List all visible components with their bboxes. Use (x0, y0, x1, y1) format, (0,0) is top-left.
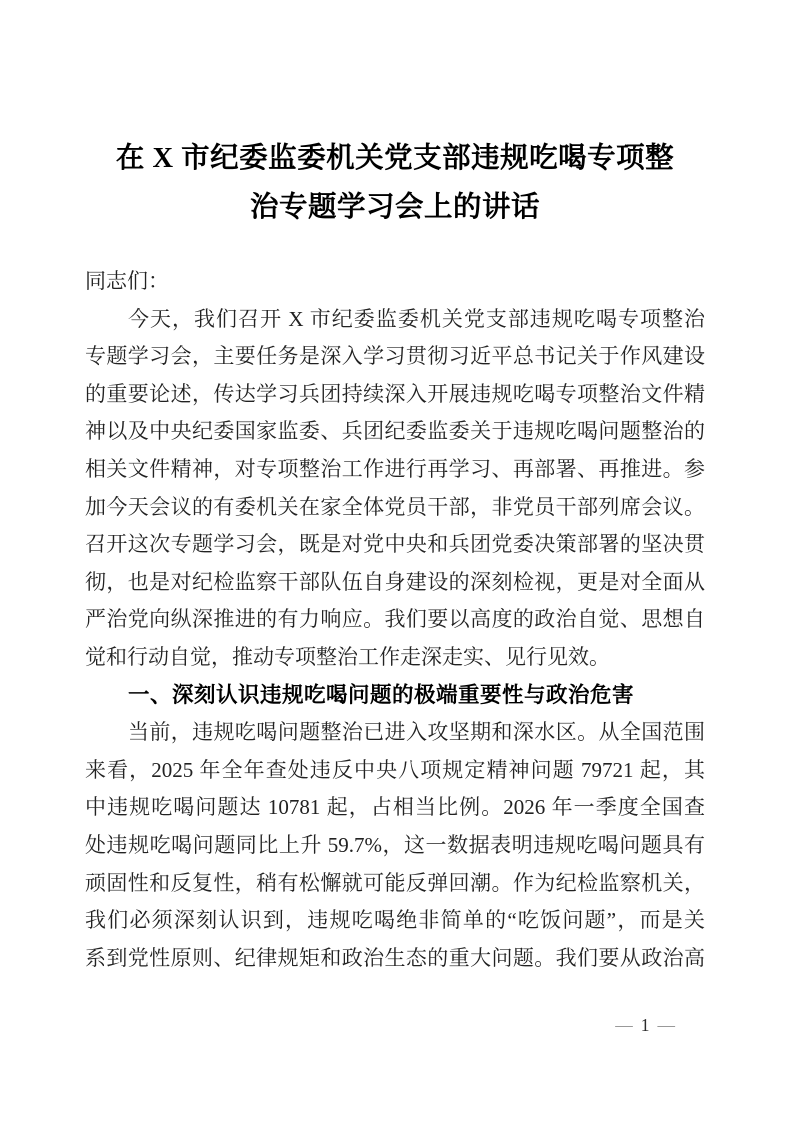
salutation-line: 同志们： (85, 263, 705, 301)
paragraph-line: 神以及中央纪委国家监委、兵团纪委监委关于违规吃喝问题整治的 (85, 413, 705, 451)
paragraph-line: 来看，2025 年全年查处违反中央八项规定精神问题 79721 起，其 (85, 752, 705, 790)
page-footer: —1— (85, 1014, 705, 1036)
document-page: 在 X 市纪委监委机关党支部违规吃喝专项整 治专题学习会上的讲话 同志们： 今天… (0, 0, 793, 1122)
paragraph-line: 顽固性和反复性，稍有松懈就可能反弹回潮。作为纪检监察机关， (85, 865, 705, 903)
paragraph-line: 召开这次专题学习会，既是对党中央和兵团党委决策部署的坚决贯 (85, 526, 705, 564)
paragraph-line: 严治党向纵深推进的有力响应。我们要以高度的政治自觉、思想自 (85, 601, 705, 639)
paragraph-line: 加今天会议的有委机关在家全体党员干部，非党员干部列席会议。 (85, 489, 705, 527)
paragraph-line: 系到党性原则、纪律规矩和政治生态的重大问题。我们要从政治高 (85, 940, 705, 978)
paragraph-line: 处违规吃喝问题同比上升 59.7%，这一数据表明违规吃喝问题具有 (85, 827, 705, 865)
footer-dash-right: — (658, 1015, 676, 1035)
document-body: 同志们： 今天，我们召开 X 市纪委监委机关党支部违规吃喝专项整治 专题学习会，… (85, 263, 705, 977)
paragraph-line: 今天，我们召开 X 市纪委监委机关党支部违规吃喝专项整治 (85, 301, 705, 339)
title-line-1: 在 X 市纪委监委机关党支部违规吃喝专项整 (85, 134, 705, 183)
paragraph-line: 专题学习会，主要任务是深入学习贯彻习近平总书记关于作风建设 (85, 338, 705, 376)
footer-dash-left: — (615, 1015, 633, 1035)
paragraph-line: 中违规吃喝问题达 10781 起，占相当比例。2026 年一季度全国查 (85, 789, 705, 827)
paragraph-line: 彻，也是对纪检监察干部队伍自身建设的深刻检视，更是对全面从 (85, 564, 705, 602)
section-heading: 一、深刻认识违规吃喝问题的极端重要性与政治危害 (85, 677, 705, 715)
paragraph-line: 当前，违规吃喝问题整治已进入攻坚期和深水区。从全国范围 (85, 714, 705, 752)
paragraph-line: 我们必须深刻认识到，违规吃喝绝非简单的“吃饭问题”，而是关 (85, 902, 705, 940)
title-line-2: 治专题学习会上的讲话 (85, 183, 705, 232)
paragraph-line: 相关文件精神，对专项整治工作进行再学习、再部署、再推进。参 (85, 451, 705, 489)
page-number: 1 (641, 1014, 650, 1036)
document-title: 在 X 市纪委监委机关党支部违规吃喝专项整 治专题学习会上的讲话 (85, 134, 705, 232)
paragraph-line: 的重要论述，传达学习兵团持续深入开展违规吃喝专项整治文件精 (85, 376, 705, 414)
paragraph-last-line: 觉和行动自觉，推动专项整治工作走深走实、见行见效。 (85, 639, 705, 677)
